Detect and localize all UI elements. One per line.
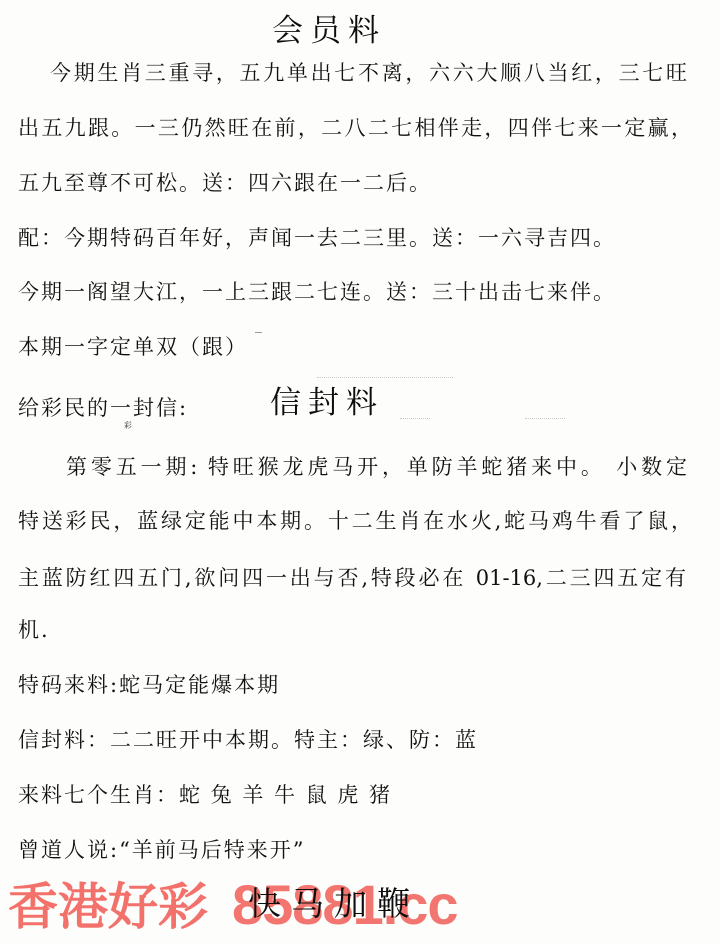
envelope-note: 信封料：二二旺开中本期。特主：绿、防：蓝	[18, 726, 478, 754]
letter-line-2: 特送彩民，蓝绿定能中本期。十二生肖在水火,蛇马鸡牛看了鼠，	[18, 507, 692, 535]
scan-artifact-dash	[255, 332, 262, 333]
letter-label-artifact: 彩	[124, 421, 132, 430]
letter-line-3: 主蓝防红四五门,欲问四一出与否,特段必在 01-16,二三四五定有	[18, 564, 686, 592]
watermark-brand: 香港好彩	[8, 878, 208, 936]
taoist-saying-note: 曾道人说:“羊前马后特来开”	[18, 836, 306, 864]
page-title: 会员料	[272, 13, 386, 49]
document-page: 会员料 今期生肖三重寻，五九单出七不离，六六大顺八当红，三七旺 出五九跟。一三仍…	[0, 0, 720, 945]
seven-zodiacs-note: 来料七个生肖：蛇 兔 羊 牛 鼠 虎 猪	[18, 781, 392, 809]
footer-title: 快马加鞭	[248, 884, 420, 924]
member-line-2: 出五九跟。一三仍然旺在前，二八二七相伴走，四伴七来一定赢，	[18, 114, 692, 142]
scan-artifact-dots	[317, 377, 453, 378]
special-code-note: 特码来料:蛇马定能爆本期	[18, 671, 280, 699]
letter-line-1: 第零五一期: 特旺猴龙虎马开，单防羊蛇猪来中。 小数定	[66, 453, 687, 481]
member-line-1: 今期生肖三重寻，五九单出七不离，六六大顺八当红，三七旺	[50, 59, 687, 87]
member-line-3: 五九至尊不可松。送：四六跟在一二后。	[18, 169, 432, 197]
letter-line-4: 机.	[18, 616, 50, 644]
scan-artifact-dots	[525, 418, 565, 419]
member-line-5: 今期一阁望大江，一上三跟二七连。送：三十出击七来伴。	[18, 278, 616, 306]
member-line-4: 配：今期特码百年好，声闻一去二三里。送：一六寻吉四。	[18, 224, 616, 252]
member-line-6: 本期一字定单双（跟）	[18, 333, 248, 361]
scan-artifact-dots	[400, 418, 430, 419]
letter-label: 给彩民的一封信:	[18, 394, 188, 422]
envelope-title: 信封料	[270, 385, 384, 421]
